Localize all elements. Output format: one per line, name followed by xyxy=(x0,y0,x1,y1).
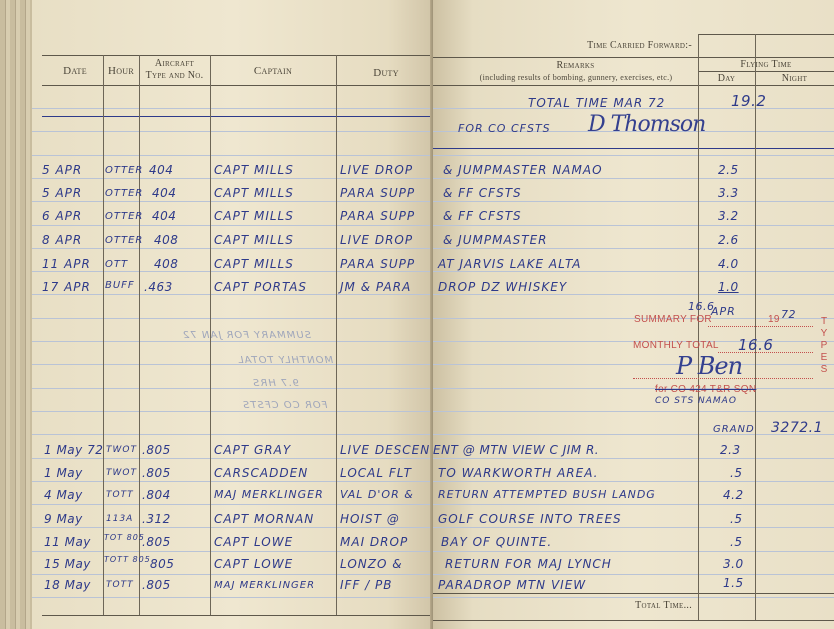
entry-duty: Local Flt xyxy=(340,466,412,480)
replacement-authority-line: CO STS NAMAO xyxy=(655,396,737,406)
entry-aircraft-no: .805 xyxy=(142,535,171,549)
entry-captain: CAPT MILLS xyxy=(214,209,294,223)
entry-duty: LIVE DROP xyxy=(340,233,413,247)
entry-remark: Golf Course into Trees xyxy=(438,512,622,526)
bleed-through-text: Monthly Total xyxy=(237,355,333,366)
ruled-line xyxy=(32,155,436,156)
total-time-label: Total Time... xyxy=(563,600,698,611)
total-time-line xyxy=(433,593,834,594)
entry-day-time: .5 xyxy=(730,512,742,526)
entry-captain: Carscadden xyxy=(214,466,308,480)
entry-aircraft-no: .805 xyxy=(142,578,171,592)
ruled-line xyxy=(433,551,834,552)
march-total-underline xyxy=(42,116,436,117)
entry-day-time: 1.0 xyxy=(718,280,739,294)
entry-remark: Return For Maj Lynch xyxy=(445,557,612,571)
header-remarks: Remarks xyxy=(453,60,698,71)
types-letter: P xyxy=(819,340,829,352)
entry-remark: & JUMPMASTER xyxy=(443,233,548,247)
entry-date: 17 APR xyxy=(42,280,91,294)
ruled-line xyxy=(32,481,436,482)
entry-remark: Bay of Quinte. xyxy=(441,535,552,549)
entry-captain: Capt Lowe xyxy=(214,557,293,571)
header-day: Day xyxy=(698,73,755,84)
types-letter: E xyxy=(819,352,829,364)
right-page: Time Carried Forward:- Remarks (includin… xyxy=(433,0,834,629)
header-aircraft-type: Type and No. xyxy=(139,70,210,81)
signature-march: D Thomson xyxy=(588,112,705,137)
ruled-line xyxy=(433,155,834,156)
ruled-line xyxy=(433,178,834,179)
header-captain: Captain xyxy=(210,65,336,77)
entry-aircraft-no: .463 xyxy=(144,280,173,294)
entry-aircraft-type: 113A xyxy=(106,514,133,524)
entry-aircraft-no: .805 xyxy=(142,466,171,480)
ruled-line xyxy=(32,458,436,459)
summary-year-prefix: 19 xyxy=(768,314,780,325)
entry-date: 9 May xyxy=(44,512,83,526)
ruled-line xyxy=(433,504,834,505)
entry-captain: CAPT MILLS xyxy=(214,257,294,271)
summary-value: 16.6 xyxy=(688,300,715,313)
monthly-total-value: 16.6 xyxy=(738,336,773,354)
col-divider xyxy=(103,55,104,615)
ruled-line xyxy=(32,201,436,202)
header-date: Date xyxy=(47,65,103,77)
ruled-line xyxy=(32,294,436,295)
entry-day-time: 4.2 xyxy=(723,488,744,502)
entry-remark: ParaDrop Mtn View xyxy=(438,578,586,592)
ruled-line xyxy=(433,527,834,528)
entry-captain: CAPT MILLS xyxy=(214,186,294,200)
ruled-line xyxy=(32,364,436,365)
entry-aircraft-no: 805 xyxy=(150,557,174,571)
entry-day-time: 3.2 xyxy=(718,209,739,223)
entry-aircraft-no: 404 xyxy=(152,186,176,200)
entry-duty: LIVE DROP xyxy=(340,163,413,177)
ruled-line xyxy=(32,225,436,226)
entry-day-time: .5 xyxy=(730,535,742,549)
ruled-line xyxy=(32,388,436,389)
ruled-line xyxy=(433,597,834,598)
entry-date: 8 APR xyxy=(42,233,82,247)
header-remarks-sub: (including results of bombing, gunnery, … xyxy=(451,73,701,82)
header-top-line xyxy=(42,55,436,56)
entry-day-time: 3.3 xyxy=(718,186,739,200)
entry-remark: DROP DZ WHISKEY xyxy=(438,280,567,294)
ruled-line xyxy=(32,551,436,552)
ruled-line xyxy=(32,131,436,132)
entry-aircraft-no: 404 xyxy=(152,209,176,223)
entry-aircraft-no: .805 xyxy=(142,443,171,457)
ruled-line xyxy=(32,434,436,435)
footer-line xyxy=(42,615,436,616)
entry-duty: Live Descent xyxy=(340,443,439,457)
entry-day-time: 4.0 xyxy=(718,257,739,271)
entry-captain: Capt Lowe xyxy=(214,535,293,549)
entry-aircraft-type: OTT xyxy=(105,259,128,270)
entry-duty: Mai Drop xyxy=(340,535,408,549)
entry-aircraft-type: OTTER xyxy=(105,188,143,199)
entry-aircraft-no: .804 xyxy=(142,488,171,502)
entry-aircraft-type: TOTT xyxy=(106,490,134,500)
ruled-line xyxy=(32,271,436,272)
entry-remark: & JUMPMASTER NAMAO xyxy=(443,163,603,177)
ruled-line xyxy=(32,318,436,319)
carried-forward-box-top xyxy=(698,34,834,35)
entry-aircraft-no: 408 xyxy=(154,257,178,271)
entry-day-time: .5 xyxy=(730,466,742,480)
ruled-line xyxy=(433,201,834,202)
grand-total-label: GRAND xyxy=(713,424,755,435)
entry-day-time: 1.5 xyxy=(723,576,744,590)
ruled-line xyxy=(32,504,436,505)
summary-year-suffix: 72 xyxy=(781,308,796,321)
entry-remark: ent @ Mtn View c Jim R. xyxy=(433,443,599,457)
entry-date: 1 May xyxy=(44,466,83,480)
entry-duty: IFF / PB xyxy=(340,578,392,592)
entry-remark: AT JARVIS LAKE ALTA xyxy=(438,257,581,271)
ruled-line xyxy=(32,574,436,575)
entry-date: 5 APR xyxy=(42,163,82,177)
entry-date: 11 May xyxy=(44,535,91,549)
stamp-dotted-line xyxy=(708,326,813,327)
ruled-line xyxy=(32,597,436,598)
entry-duty: PARA SUPP xyxy=(340,186,415,200)
footer-line xyxy=(433,620,834,621)
ruled-line xyxy=(433,294,834,295)
entry-day-time: 3.0 xyxy=(723,557,744,571)
entry-remark: & FF CFSTS xyxy=(443,186,522,200)
entry-date: 15 May xyxy=(44,557,91,571)
left-page: Date Hour Aircraft Type and No. Captain … xyxy=(32,0,436,629)
entry-aircraft-no: 408 xyxy=(154,233,178,247)
signature-april: P Ben xyxy=(676,352,742,380)
entry-captain: Capt Mornan xyxy=(214,512,314,526)
ruled-line xyxy=(433,388,834,389)
ruled-line xyxy=(32,527,436,528)
ruled-line xyxy=(32,248,436,249)
entry-date: 6 APR xyxy=(42,209,82,223)
ruled-line xyxy=(433,271,834,272)
ruled-line xyxy=(433,248,834,249)
entry-aircraft-type: TOT 805 xyxy=(104,533,145,542)
march-total-for-line: FOR CO CFSTS xyxy=(458,122,551,135)
header-top-line xyxy=(433,57,834,58)
entry-remark: & FF CFSTS xyxy=(443,209,522,223)
entry-aircraft-type: TWOT xyxy=(106,445,137,455)
ruled-line xyxy=(433,225,834,226)
entry-aircraft-type: TWOT xyxy=(106,468,137,478)
ruled-line xyxy=(433,458,834,459)
entry-duty: PARA SUPP xyxy=(340,257,415,271)
header-bottom-line xyxy=(433,85,834,86)
col-divider xyxy=(139,55,140,615)
entry-date: 5 APR xyxy=(42,186,82,200)
entry-duty: Lonzo & xyxy=(340,557,403,571)
entry-captain: CAPT MILLS xyxy=(214,163,294,177)
summary-for-label: SUMMARY FOR xyxy=(634,314,712,325)
col-divider xyxy=(336,55,337,615)
entry-aircraft-type: OTTER xyxy=(105,211,143,222)
entry-aircraft-type: BUFF xyxy=(105,280,135,291)
night-col-divider xyxy=(755,34,756,620)
entry-date: 11 APR xyxy=(42,257,91,271)
bleed-through-text: Summary for Jan 72 xyxy=(182,330,311,341)
ruled-line xyxy=(433,364,834,365)
entry-aircraft-type: TOTT 805 xyxy=(104,555,151,564)
entry-aircraft-type: TOTT xyxy=(106,580,134,590)
header-night: Night xyxy=(755,73,834,84)
march-total-underline xyxy=(433,148,834,149)
flying-time-divider xyxy=(698,71,834,72)
types-letter: T xyxy=(819,316,829,328)
types-vertical-label: T Y P E S xyxy=(819,316,829,376)
entry-aircraft-type: OTTER xyxy=(105,235,143,246)
entry-aircraft-no: 404 xyxy=(149,163,173,177)
ruled-line xyxy=(32,411,436,412)
header-aircraft: Aircraft xyxy=(139,58,210,69)
header-hour: Hour xyxy=(103,65,139,77)
entry-day-time: 2.5 xyxy=(718,163,739,177)
entry-captain: Capt Gray xyxy=(214,443,291,457)
grand-total-value: 3272.1 xyxy=(771,420,823,436)
ruled-line xyxy=(433,481,834,482)
types-letter: S xyxy=(819,364,829,376)
entry-captain: Maj Merklinger xyxy=(214,488,324,501)
entry-date: 4 May xyxy=(44,488,83,502)
entry-remark: Return Attempted Bush Landg xyxy=(438,488,656,501)
time-carried-forward-label: Time Carried Forward:- xyxy=(553,40,698,51)
struck-authority-line: for CO 424 T&R SQN xyxy=(655,384,756,395)
ruled-line xyxy=(32,178,436,179)
entry-duty: JM & PARA xyxy=(340,280,411,294)
entry-date: 1 May 72 xyxy=(44,443,103,457)
ruled-line xyxy=(32,341,436,342)
march-total-value: 19.2 xyxy=(731,92,766,110)
header-bottom-line xyxy=(42,85,436,86)
entry-day-time: 2.6 xyxy=(718,233,739,247)
entry-day-time: 2.3 xyxy=(720,443,741,457)
summary-month: APR xyxy=(711,305,736,318)
header-flying-time: Flying Time xyxy=(698,59,834,70)
entry-aircraft-no: .312 xyxy=(142,512,171,526)
march-total-label: TOTAL TIME MAR 72 xyxy=(528,96,665,110)
entry-captain: Maj Merklinger xyxy=(214,580,315,591)
header-duty: Duty xyxy=(336,67,436,79)
ruled-line xyxy=(433,574,834,575)
ruled-line xyxy=(32,108,436,109)
entry-duty: Hoist @ xyxy=(340,512,400,526)
entry-captain: CAPT PORTAS xyxy=(214,280,307,294)
entry-duty: Val D'Or & xyxy=(340,488,414,501)
ruled-line xyxy=(433,411,834,412)
entry-duty: PARA SUPP xyxy=(340,209,415,223)
entry-aircraft-type: OTTER xyxy=(105,165,143,176)
entry-remark: To Warkworth area. xyxy=(438,466,598,480)
monthly-total-label: MONTHLY TOTAL xyxy=(633,340,719,351)
entry-date: 18 May xyxy=(44,578,91,592)
bleed-through-text: 9.7 Hrs xyxy=(252,378,299,389)
entry-captain: CAPT MILLS xyxy=(214,233,294,247)
bleed-through-text: For CO CFSTS xyxy=(242,400,327,411)
types-letter: Y xyxy=(819,328,829,340)
